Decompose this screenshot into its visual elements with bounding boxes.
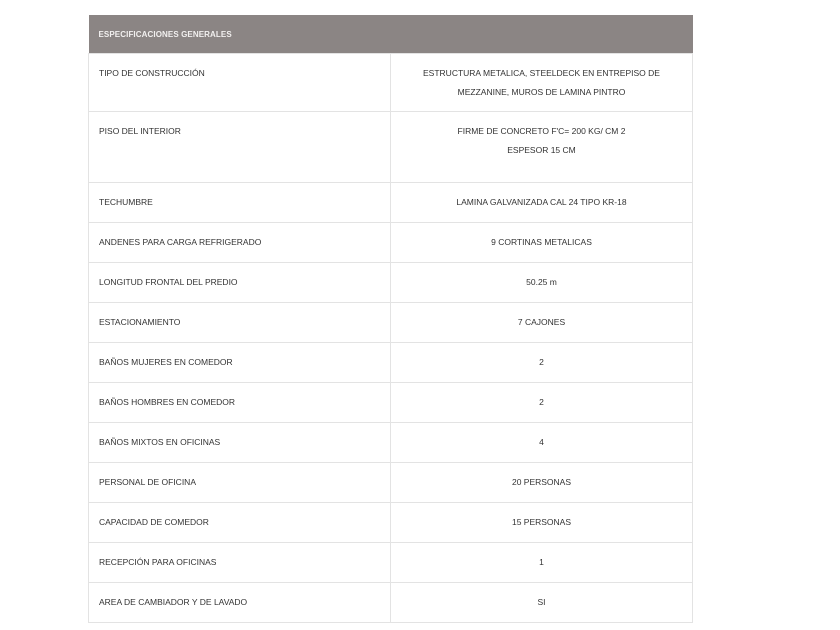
spec-value-cell: 2 [391,343,693,383]
spec-label-cell: AREA DE CAMBIADOR Y DE LAVADO [89,583,391,623]
spec-label-cell: CAPACIDAD DE COMEDOR [89,503,391,543]
spec-label: ESTACIONAMIENTO [99,318,380,327]
spec-value-cell: 50.25 m [391,263,693,303]
spec-label-cell: PERSONAL DE OFICINA [89,463,391,503]
spec-label: PISO DEL INTERIOR [99,127,380,136]
spec-value: 4 [401,438,682,447]
table-header: ESPECIFICACIONES GENERALES [89,15,693,54]
spec-label-cell: TIPO DE CONSTRUCCIÓN [89,54,391,112]
spec-label: CAPACIDAD DE COMEDOR [99,518,380,527]
spec-label: PERSONAL DE OFICINA [99,478,380,487]
spec-label-cell: LONGITUD FRONTAL DEL PREDIO [89,263,391,303]
spec-label: BAÑOS MIXTOS EN OFICINAS [99,438,380,447]
spec-value: SI [401,598,682,607]
spec-label: BAÑOS HOMBRES EN COMEDOR [99,398,380,407]
table-row: BAÑOS HOMBRES EN COMEDOR2 [89,383,693,423]
spec-label-cell: PISO DEL INTERIOR [89,112,391,183]
spec-label-cell: BAÑOS MIXTOS EN OFICINAS [89,423,391,463]
spec-label: LONGITUD FRONTAL DEL PREDIO [99,278,380,287]
spec-value: ESPESOR 15 CM [401,146,682,155]
spec-value-cell: LAMINA GALVANIZADA CAL 24 TIPO KR-18 [391,183,693,223]
table-row: ESTACIONAMIENTO7 CAJONES [89,303,693,343]
table-row: TECHUMBRELAMINA GALVANIZADA CAL 24 TIPO … [89,183,693,223]
spec-label: TIPO DE CONSTRUCCIÓN [99,69,380,78]
spec-value: FIRME DE CONCRETO F'C= 200 KG/ CM 2 [401,127,682,136]
spec-value-cell: ESTRUCTURA METALICA, STEELDECK EN ENTREP… [391,54,693,112]
table-row: PISO DEL INTERIORFIRME DE CONCRETO F'C= … [89,112,693,183]
spec-label-cell: BAÑOS HOMBRES EN COMEDOR [89,383,391,423]
spec-label: TECHUMBRE [99,198,380,207]
spec-label: AREA DE CAMBIADOR Y DE LAVADO [99,598,380,607]
spec-label-cell: TECHUMBRE [89,183,391,223]
spec-label-cell: ANDENES PARA CARGA REFRIGERADO [89,223,391,263]
spec-value: 9 CORTINAS METALICAS [401,238,682,247]
spec-label: ANDENES PARA CARGA REFRIGERADO [99,238,380,247]
spec-label: RECEPCIÓN PARA OFICINAS [99,558,380,567]
spec-value: 15 PERSONAS [401,518,682,527]
spec-value: 1 [401,558,682,567]
table-header-row: ESPECIFICACIONES GENERALES [89,15,693,54]
spec-value-cell: 1 [391,543,693,583]
spec-value: ESTRUCTURA METALICA, STEELDECK EN ENTREP… [401,69,682,78]
spec-value: 50.25 m [401,278,682,287]
spec-value-cell: 7 CAJONES [391,303,693,343]
spec-value-cell: SI [391,583,693,623]
spec-label-cell: ESTACIONAMIENTO [89,303,391,343]
spec-value: 2 [401,358,682,367]
spec-value: LAMINA GALVANIZADA CAL 24 TIPO KR-18 [401,198,682,207]
table-row: LONGITUD FRONTAL DEL PREDIO50.25 m [89,263,693,303]
spec-value-cell: 2 [391,383,693,423]
spec-value: 7 CAJONES [401,318,682,327]
spec-label-cell: BAÑOS MUJERES EN COMEDOR [89,343,391,383]
spec-value-cell: FIRME DE CONCRETO F'C= 200 KG/ CM 2ESPES… [391,112,693,183]
table-row: AREA DE CAMBIADOR Y DE LAVADOSI [89,583,693,623]
table-row: RECEPCIÓN PARA OFICINAS1 [89,543,693,583]
table-row: BAÑOS MIXTOS EN OFICINAS4 [89,423,693,463]
spec-value-cell: 20 PERSONAS [391,463,693,503]
spec-label: BAÑOS MUJERES EN COMEDOR [99,358,380,367]
spec-value: MEZZANINE, MUROS DE LAMINA PINTRO [401,88,682,97]
table-row: PERSONAL DE OFICINA20 PERSONAS [89,463,693,503]
spec-value-cell: 9 CORTINAS METALICAS [391,223,693,263]
table-row: CAPACIDAD DE COMEDOR15 PERSONAS [89,503,693,543]
table-row: BAÑOS MUJERES EN COMEDOR2 [89,343,693,383]
specifications-table: ESPECIFICACIONES GENERALES TIPO DE CONST… [88,15,693,623]
spec-value-cell: 4 [391,423,693,463]
spec-value: 20 PERSONAS [401,478,682,487]
spec-label-cell: RECEPCIÓN PARA OFICINAS [89,543,391,583]
table-body: TIPO DE CONSTRUCCIÓNESTRUCTURA METALICA,… [89,54,693,623]
table-row: TIPO DE CONSTRUCCIÓNESTRUCTURA METALICA,… [89,54,693,112]
spec-value: 2 [401,398,682,407]
spec-value-cell: 15 PERSONAS [391,503,693,543]
table-row: ANDENES PARA CARGA REFRIGERADO9 CORTINAS… [89,223,693,263]
